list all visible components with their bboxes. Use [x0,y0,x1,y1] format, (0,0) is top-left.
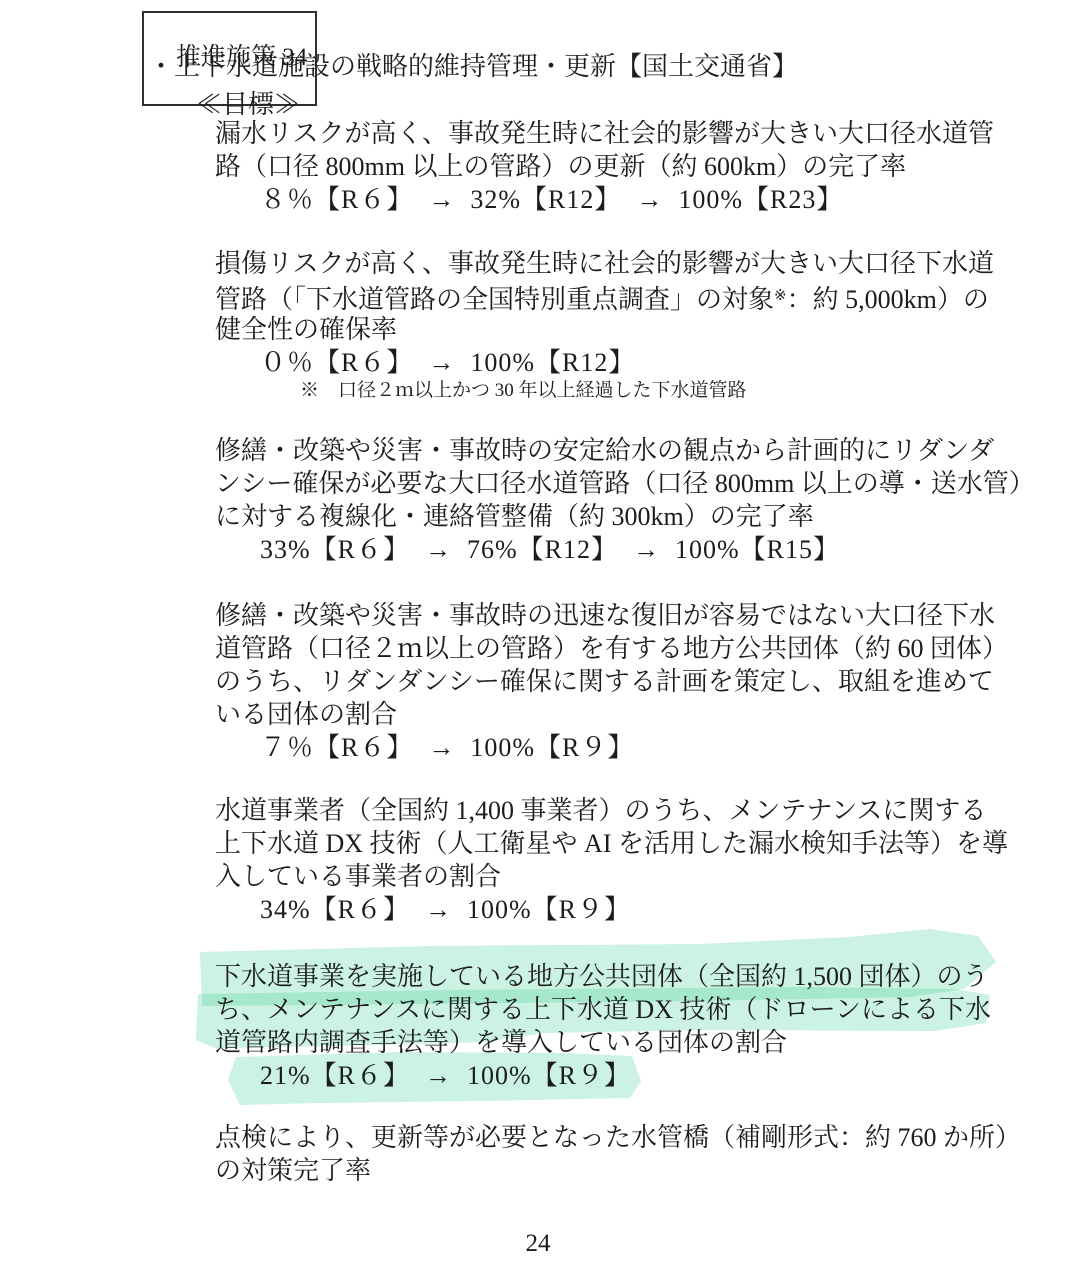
goal-text-segment: ：約 5,000km）の [787,285,989,314]
goal-text-line: 損傷リスクが高く、事故発生時に社会的影響が大きい大口径下水道 [215,247,994,280]
goal-4: 修繕・改築や災害・事故時の迅速な復旧が容易ではない大口径下水 道管路（口径２ｍ以… [215,599,1008,764]
goal-text-line: の対策完了率 [215,1154,1021,1187]
goal-text-line: 道管路（口径２ｍ以上の管路）を有する地方公共団体（約 60 団体） [215,632,1008,665]
policy-title: ・上下水道施設の戦略的維持管理・更新【国土交通省】 [148,50,798,83]
goal-text-line: 漏水リスクが高く、事故発生時に社会的影響が大きい大口径水道管 [215,117,994,150]
goal-metrics: 21%【R６】 → 100%【R９】 [260,1059,991,1092]
goal-footnote: ※ 口径２ｍ以上かつ 30 年以上経過した下水道管路 [300,379,994,403]
goal-text-line: 上下水道 DX 技術（人工衛星や AI を活用した漏水検知手法等）を導 [215,827,1008,860]
goal-text-line: いる団体の割合 [215,698,1008,731]
goal-text-line: ンシー確保が必要な大口径水道管路（口径 800mm 以上の導・送水管） [215,467,1035,500]
goal-2: 損傷リスクが高く、事故発生時に社会的影響が大きい大口径下水道 管路（「下水道管路… [215,247,994,403]
goal-metrics: ８％【R６】 → 32%【R12】 → 100%【R23】 [260,183,994,216]
goal-text-line: 水道事業者（全国約 1,400 事業者）のうち、メンテナンスに関する [215,794,1008,827]
goal-metrics: ０％【R６】 → 100%【R12】 [260,346,994,379]
goal-7: 点検により、更新等が必要となった水管橋（補剛形式：約 760 か所） の対策完了… [215,1121,1021,1187]
reference-mark: ※ [774,288,787,304]
goal-5: 水道事業者（全国約 1,400 事業者）のうち、メンテナンスに関する 上下水道 … [215,794,1008,926]
goal-text-line: 修繕・改築や災害・事故時の安定給水の観点から計画的にリダンダ [215,434,1035,467]
goal-text-line: 点検により、更新等が必要となった水管橋（補剛形式：約 760 か所） [215,1121,1021,1154]
goal-text-line: のうち、リダンダンシー確保に関する計画を策定し、取組を進めて [215,665,1008,698]
page-number: 24 [0,1230,1076,1258]
goal-text-line: に対する複線化・連絡管整備（約 300km）の完了率 [215,500,1035,533]
goal-metrics: 34%【R６】 → 100%【R９】 [260,893,1008,926]
goal-text-line: 下水道事業を実施している地方公共団体（全国約 1,500 団体）のう [215,960,991,993]
goal-text-line: 入している事業者の割合 [215,860,1008,893]
goal-1: 漏水リスクが高く、事故発生時に社会的影響が大きい大口径水道管 路（口径 800m… [215,117,994,216]
goal-text-segment: 管路（「下水道管路の全国特別重点調査」の対象 [215,285,774,314]
goal-text-line: 健全性の確保率 [215,313,994,346]
goal-metrics: 33%【R６】 → 76%【R12】 → 100%【R15】 [260,533,1035,566]
goal-text-line: 路（口径 800mm 以上の管路）の更新（約 600km）の完了率 [215,150,994,183]
document-page: 推進施策 34 ・上下水道施設の戦略的維持管理・更新【国土交通省】 ≪目標≫ 漏… [0,0,1076,1280]
goal-text-line: 修繕・改築や災害・事故時の迅速な復旧が容易ではない大口径下水 [215,599,1008,632]
goal-text-line: ち、メンテナンスに関する上下水道 DX 技術（ドローンによる下水 [215,993,991,1026]
goal-metrics: ７％【R６】 → 100%【R９】 [260,731,1008,764]
goal-6-highlighted: 下水道事業を実施している地方公共団体（全国約 1,500 団体）のう ち、メンテ… [215,960,991,1092]
goal-3: 修繕・改築や災害・事故時の安定給水の観点から計画的にリダンダ ンシー確保が必要な… [215,434,1035,566]
goal-text-line: 道管路内調査手法等）を導入している団体の割合 [215,1026,991,1059]
goal-text-line: 管路（「下水道管路の全国特別重点調査」の対象※：約 5,000km）の [215,280,994,313]
